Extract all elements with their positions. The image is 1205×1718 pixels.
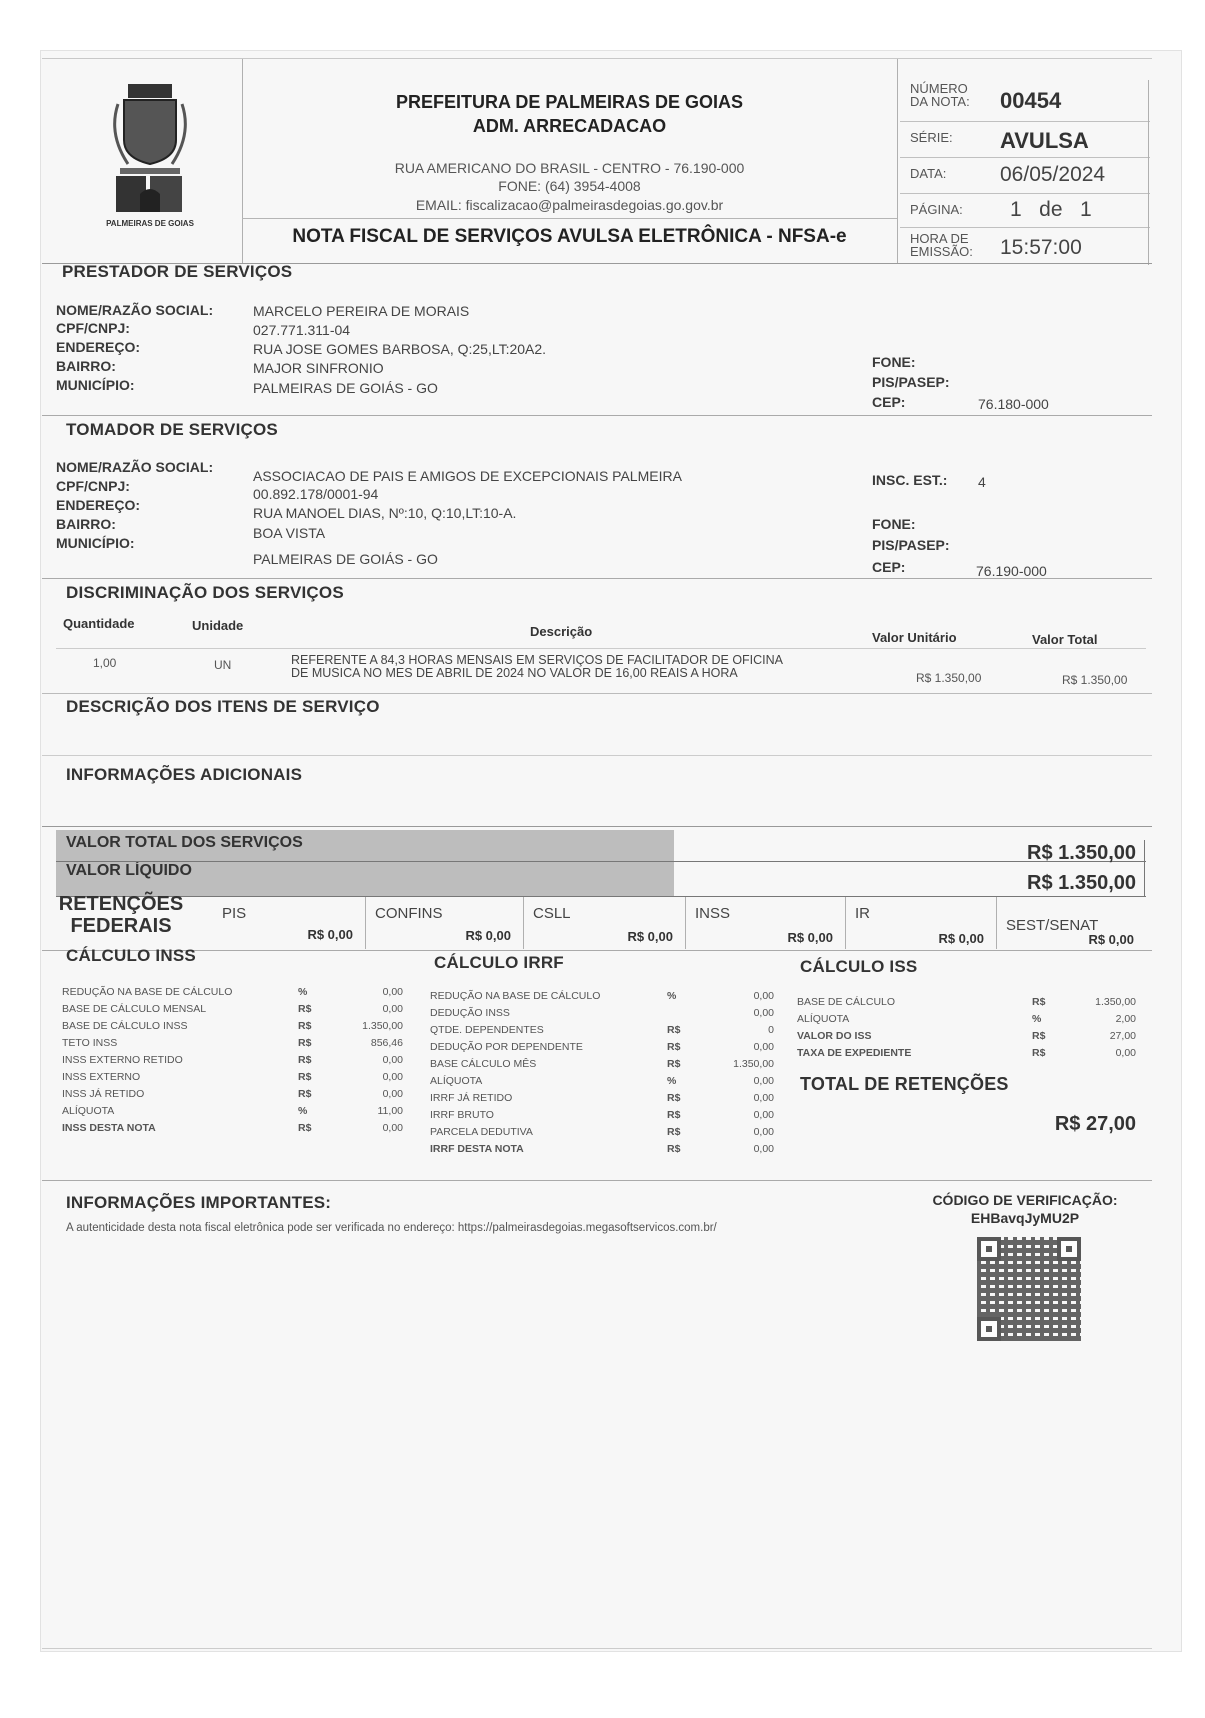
iss-row-unit: R$: [1032, 1030, 1045, 1042]
iss-row-label: VALOR DO ISS: [797, 1030, 871, 1042]
valor-liquido-label: VALOR LÍQUIDO: [66, 862, 192, 880]
pagina-label: PÁGINA:: [910, 202, 963, 217]
tomador-pis-label: PIS/PASEP:: [872, 537, 950, 553]
invoice-number: 00454: [1000, 88, 1061, 114]
data-label: DATA:: [910, 166, 946, 181]
inss-row-label: INSS DESTA NOTA: [62, 1122, 156, 1134]
irrf-row-unit: %: [667, 990, 676, 1002]
irrf-row-label: PARCELA DEDUTIVA: [430, 1126, 533, 1138]
tomador-fone-label: FONE:: [872, 516, 916, 532]
valor-total-amount: R$ 1.350,00: [900, 842, 1136, 865]
irrf-row-label: REDUÇÃO NA BASE DE CÁLCULO: [430, 990, 600, 1002]
row-valor-total: R$ 1.350,00: [1062, 673, 1127, 687]
calculo-irrf-title: CÁLCULO IRRF: [434, 953, 564, 973]
col-unidade: Unidade: [192, 618, 243, 633]
irrf-row-value: 0,00: [684, 1041, 774, 1053]
prestador-fone-label: FONE:: [872, 354, 916, 370]
irrf-row-unit: R$: [667, 1024, 680, 1036]
row-quantidade: 1,00: [93, 656, 116, 670]
inss-row-unit: R$: [298, 1003, 311, 1015]
prestador-endereco-label: ENDEREÇO:: [56, 339, 140, 355]
iss-row-label: TAXA DE EXPEDIENTE: [797, 1047, 911, 1059]
inss-row-label: BASE DE CÁLCULO MENSAL: [62, 1003, 206, 1015]
inss-row-value: 0,00: [313, 1003, 403, 1015]
inss-row-value: 0,00: [313, 1088, 403, 1100]
serie-label: SÉRIE:: [910, 130, 953, 145]
iss-row-value: 27,00: [1046, 1030, 1136, 1042]
iss-row-value: 2,00: [1046, 1013, 1136, 1025]
iss-row-value: 0,00: [1046, 1047, 1136, 1059]
irrf-row-value: 0,00: [684, 990, 774, 1002]
inss-row-label: INSS EXTERNO RETIDO: [62, 1054, 183, 1066]
inss-row-unit: R$: [298, 1020, 311, 1032]
verification-code-label: CÓDIGO DE VERIFICAÇÃO:: [900, 1192, 1150, 1208]
tomador-cep: 76.190-000: [976, 563, 1047, 579]
page-number: 1 de 1: [1010, 198, 1092, 222]
invoice-series: AVULSA: [1000, 128, 1089, 154]
tomador-nome-label: NOME/RAZÃO SOCIAL:: [56, 459, 213, 475]
inss-row-value: 11,00: [313, 1105, 403, 1117]
inss-row-label: TETO INSS: [62, 1037, 117, 1049]
irrf-row-value: 1.350,00: [684, 1058, 774, 1070]
tomador-endereco-label: ENDEREÇO:: [56, 497, 140, 513]
prestador-cpf-label: CPF/CNPJ:: [56, 320, 130, 336]
tomador-bairro-label: BAIRRO:: [56, 516, 116, 532]
irrf-row-label: IRRF BRUTO: [430, 1109, 494, 1121]
retencao-label: INSS: [695, 905, 730, 922]
hora-label: HORA DEEMISSÃO:: [910, 232, 973, 258]
irrf-row-value: 0,00: [684, 1109, 774, 1121]
retencoes-federais-title: RETENÇÕESFEDERAIS: [56, 893, 186, 937]
iss-row-unit: R$: [1032, 1047, 1045, 1059]
iss-row-label: BASE DE CÁLCULO: [797, 996, 895, 1008]
col-quantidade: Quantidade: [63, 616, 135, 631]
inss-row-label: INSS EXTERNO: [62, 1071, 140, 1083]
tomador-endereco: RUA MANOEL DIAS, Nº:10, Q:10,LT:10-A.: [253, 505, 516, 521]
informacoes-importantes-title: INFORMAÇÕES IMPORTANTES:: [66, 1193, 331, 1213]
irrf-row-label: ALÍQUOTA: [430, 1075, 482, 1087]
irrf-row-label: DEDUÇÃO INSS: [430, 1007, 510, 1019]
valor-liquido-amount: R$ 1.350,00: [900, 872, 1136, 895]
coat-of-arms-icon: [100, 84, 200, 229]
irrf-row-value: 0: [684, 1024, 774, 1036]
iss-row-unit: R$: [1032, 996, 1045, 1008]
row-unidade: UN: [214, 658, 231, 672]
irrf-row-unit: R$: [667, 1109, 680, 1121]
inss-row-unit: R$: [298, 1054, 311, 1066]
verification-code: EHBavqJyMU2P: [900, 1210, 1150, 1226]
row-valor-unitario: R$ 1.350,00: [916, 671, 981, 685]
tomador-cpf: 00.892.178/0001-94: [253, 486, 378, 502]
retencao-value: R$ 0,00: [523, 929, 673, 944]
org-email: EMAIL: fiscalizacao@palmeirasdegoias.go.…: [242, 197, 897, 213]
calculo-iss-title: CÁLCULO ISS: [800, 957, 917, 977]
inss-row-unit: R$: [298, 1037, 311, 1049]
tomador-bairro: BOA VISTA: [253, 525, 325, 541]
iss-row-label: ALÍQUOTA: [797, 1013, 849, 1025]
tomador-insc-label: INSC. EST.:: [872, 472, 947, 488]
document-title: NOTA FISCAL DE SERVIÇOS AVULSA ELETRÔNIC…: [242, 226, 897, 248]
verification-notice: A autenticidade desta nota fiscal eletrô…: [66, 1222, 717, 1234]
total-retencoes-title: TOTAL DE RETENÇÕES: [800, 1074, 1009, 1095]
irrf-row-label: IRRF JÁ RETIDO: [430, 1092, 512, 1104]
inss-row-unit: %: [298, 986, 307, 998]
prestador-nome: MARCELO PEREIRA DE MORAIS: [253, 303, 469, 319]
prestador-section-title: PRESTADOR DE SERVIÇOS: [62, 262, 292, 282]
inss-row-label: INSS JÁ RETIDO: [62, 1088, 144, 1100]
col-descricao: Descrição: [530, 624, 592, 639]
inss-row-value: 0,00: [313, 1071, 403, 1083]
inss-row-unit: R$: [298, 1088, 311, 1100]
prestador-municipio-label: MUNICÍPIO:: [56, 377, 135, 393]
irrf-row-value: 0,00: [684, 1092, 774, 1104]
inss-row-unit: %: [298, 1105, 307, 1117]
emission-time: 15:57:00: [1000, 236, 1082, 260]
descricao-itens-section-title: DESCRIÇÃO DOS ITENS DE SERVIÇO: [66, 697, 380, 717]
retencao-value: R$ 0,00: [212, 927, 353, 942]
prestador-municipio: PALMEIRAS DE GOIÁS - GO: [253, 380, 438, 396]
irrf-row-label: DEDUÇÃO POR DEPENDENTE: [430, 1041, 583, 1053]
irrf-row-value: 0,00: [684, 1143, 774, 1155]
retencao-label: CSLL: [533, 905, 571, 922]
discriminacao-section-title: DISCRIMINAÇÃO DOS SERVIÇOS: [66, 583, 344, 603]
col-valor-total: Valor Total: [1032, 632, 1098, 647]
inss-row-label: BASE DE CÁLCULO INSS: [62, 1020, 187, 1032]
prestador-bairro: MAJOR SINFRONIO: [253, 360, 384, 376]
inss-row-value: 0,00: [313, 986, 403, 998]
retencao-label: CONFINS: [375, 905, 443, 922]
prestador-endereco: RUA JOSE GOMES BARBOSA, Q:25,LT:20A2.: [253, 341, 546, 357]
prestador-cep-label: CEP:: [872, 394, 905, 410]
informacoes-adicionais-section-title: INFORMAÇÕES ADICIONAIS: [66, 765, 302, 785]
retencao-value: R$ 0,00: [845, 931, 984, 946]
tomador-municipio-label: MUNICÍPIO:: [56, 535, 135, 551]
irrf-row-value: 0,00: [684, 1126, 774, 1138]
irrf-row-label: QTDE. DEPENDENTES: [430, 1024, 544, 1036]
irrf-row-value: 0,00: [684, 1075, 774, 1087]
numero-label: NÚMERODA NOTA:: [910, 82, 970, 108]
iss-row-value: 1.350,00: [1046, 996, 1136, 1008]
prestador-nome-label: NOME/RAZÃO SOCIAL:: [56, 302, 213, 318]
inss-row-value: 1.350,00: [313, 1020, 403, 1032]
tomador-insc: 4: [978, 474, 986, 490]
tomador-nome: ASSOCIACAO DE PAIS E AMIGOS DE EXCEPCION…: [253, 468, 682, 484]
logo-caption: PALMEIRAS DE GOIAS: [90, 219, 210, 228]
inss-row-value: 856,46: [313, 1037, 403, 1049]
retencao-value: R$ 0,00: [365, 928, 511, 943]
row-descricao: REFERENTE A 84,3 HORAS MENSAIS EM SERVIÇ…: [291, 654, 783, 680]
org-department: ADM. ARRECADACAO: [242, 116, 897, 137]
tomador-cep-label: CEP:: [872, 559, 905, 575]
prestador-cep: 76.180-000: [978, 396, 1049, 412]
org-phone: FONE: (64) 3954-4008: [242, 178, 897, 194]
inss-row-unit: R$: [298, 1071, 311, 1083]
calculo-inss-title: CÁLCULO INSS: [66, 946, 196, 966]
total-retencoes-amount: R$ 27,00: [960, 1113, 1136, 1136]
org-name: PREFEITURA DE PALMEIRAS DE GOIAS: [242, 92, 897, 113]
irrf-row-unit: R$: [667, 1058, 680, 1070]
inss-row-label: ALÍQUOTA: [62, 1105, 114, 1117]
retencao-value: R$ 0,00: [685, 930, 833, 945]
qr-code-icon: [977, 1237, 1081, 1341]
irrf-row-unit: R$: [667, 1041, 680, 1053]
retencao-value: R$ 0,00: [996, 932, 1134, 947]
retencao-label: PIS: [222, 905, 246, 922]
prestador-pis-label: PIS/PASEP:: [872, 374, 950, 390]
irrf-row-value: 0,00: [684, 1007, 774, 1019]
col-valor-unitario: Valor Unitário: [872, 630, 957, 645]
irrf-row-unit: %: [667, 1075, 676, 1087]
irrf-row-label: BASE CÁLCULO MÊS: [430, 1058, 536, 1070]
tomador-municipio: PALMEIRAS DE GOIÁS - GO: [253, 551, 438, 567]
irrf-row-label: IRRF DESTA NOTA: [430, 1143, 524, 1155]
inss-row-unit: R$: [298, 1122, 311, 1134]
tomador-cpf-label: CPF/CNPJ:: [56, 478, 130, 494]
iss-row-unit: %: [1032, 1013, 1041, 1025]
org-address: RUA AMERICANO DO BRASIL - CENTRO - 76.19…: [242, 160, 897, 176]
invoice-date: 06/05/2024: [1000, 163, 1105, 187]
inss-row-label: REDUÇÃO NA BASE DE CÁLCULO: [62, 986, 232, 998]
irrf-row-unit: R$: [667, 1143, 680, 1155]
valor-total-label: VALOR TOTAL DOS SERVIÇOS: [66, 834, 303, 852]
inss-row-value: 0,00: [313, 1054, 403, 1066]
tomador-section-title: TOMADOR DE SERVIÇOS: [66, 420, 278, 440]
irrf-row-unit: R$: [667, 1092, 680, 1104]
coat-of-arms-logo: [100, 84, 200, 229]
retencao-label: IR: [855, 905, 870, 922]
prestador-cpf: 027.771.311-04: [253, 322, 350, 338]
irrf-row-unit: R$: [667, 1126, 680, 1138]
prestador-bairro-label: BAIRRO:: [56, 358, 116, 374]
inss-row-value: 0,00: [313, 1122, 403, 1134]
